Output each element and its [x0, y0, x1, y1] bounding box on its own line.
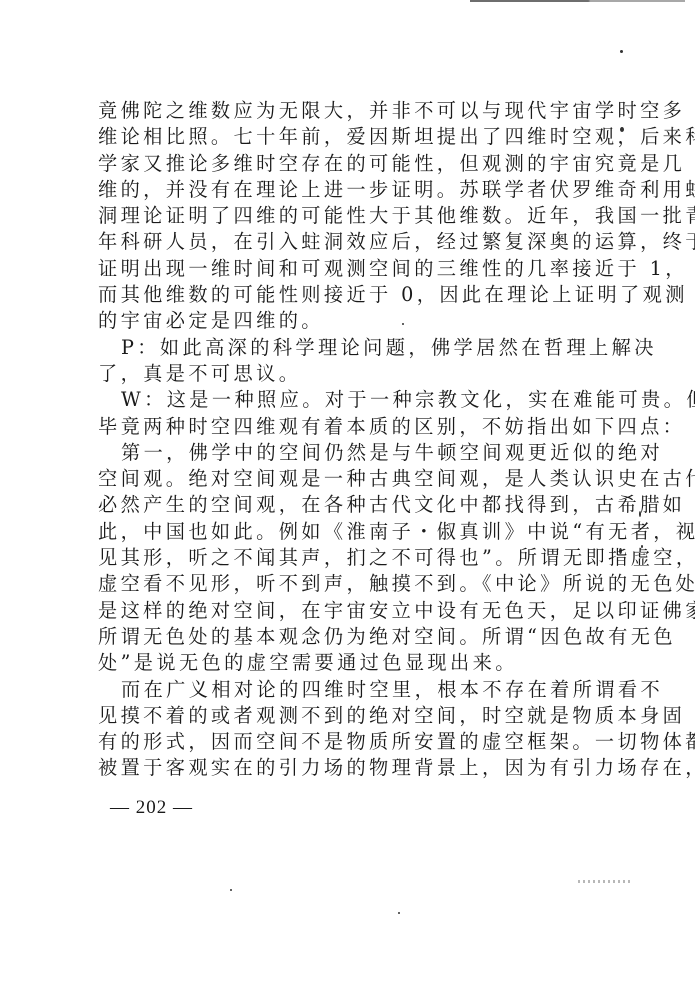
text-line: 空间观。绝对空间观是一种古典空间观，是人类认识史在古代	[98, 466, 558, 492]
text-line: 见其形，听之不闻其声，扪之不可得也”。所谓无即指虚空，说	[98, 545, 558, 571]
text-line: 所谓无色处的基本观念仍为绝对空间。所谓“因色故有无色	[98, 624, 558, 650]
text-line: 此，中国也如此。例如《淮南子・俶真训》中说“有无者，视之不	[98, 519, 558, 545]
text-line: 证明出现一维时间和可观测空间的三维性的几率接近于 1，	[98, 256, 558, 282]
text-line: 虚空看不见形，听不到声，触摸不到。《中论》所说的无色处也	[98, 571, 558, 597]
text-line: 竟佛陀之维数应为无限大，并非不可以与现代宇宙学时空多	[98, 98, 558, 124]
page-number: — 202 —	[110, 797, 193, 819]
text-line: 被置于客观实在的引力场的物理背景上，因为有引力场存在，	[98, 755, 558, 781]
text-line: 洞理论证明了四维的可能性大于其他维数。近年，我国一批青	[98, 203, 558, 229]
text-line: 见摸不着的或者观测不到的绝对空间，时空就是物质本身固	[98, 703, 558, 729]
text-line: 而其他维数的可能性则接近于 0，因此在理论上证明了观测	[98, 282, 558, 308]
text-line: 必然产生的空间观，在各种古代文化中都找得到，古希腊如	[98, 492, 558, 518]
text-line: 了，真是不可思议。	[98, 361, 558, 387]
paragraph-first-line: W：这是一种照应。对于一种宗教文化，实在难能可贵。但	[98, 387, 558, 413]
text-line: 年科研人员，在引入蛀洞效应后，经过繁复深奥的运算，终于	[98, 229, 558, 255]
scan-edge-top	[470, 0, 685, 2]
paragraph-first-line: 而在广义相对论的四维时空里，根本不存在着所谓看不	[98, 677, 558, 703]
scan-speck	[620, 50, 623, 53]
text-line: 毕竟两种时空四维观有着本质的区别，不妨指出如下四点：	[98, 414, 558, 440]
paragraph-first-line: 第一，佛学中的空间仍然是与牛顿空间观更近似的绝对	[98, 440, 558, 466]
scan-speck	[398, 912, 400, 914]
text-line: 维论相比照。七十年前，爱因斯坦提出了四维时空观，后来科	[98, 124, 558, 150]
text-line: 维的，并没有在理论上进一步证明。苏联学者伏罗维奇利用蛀	[98, 177, 558, 203]
scan-smudge	[578, 880, 633, 883]
text-line: 的宇宙必定是四维的。	[98, 308, 558, 334]
text-line: 处”是说无色的虚空需要通过色显现出来。	[98, 650, 558, 676]
body-text: 竟佛陀之维数应为无限大，并非不可以与现代宇宙学时空多维论相比照。七十年前，爱因斯…	[98, 98, 558, 782]
text-line: 有的形式，因而空间不是物质所安置的虚空框架。一切物体都	[98, 729, 558, 755]
text-line: 学家又推论多维时空存在的可能性，但观测的宇宙究竟是几	[98, 151, 558, 177]
paragraph-first-line: P：如此高深的科学理论问题，佛学居然在哲理上解决	[98, 335, 558, 361]
text-line: 是这样的绝对空间，在宇宙安立中设有无色天，足以印证佛家	[98, 598, 558, 624]
scan-speck	[230, 889, 232, 891]
